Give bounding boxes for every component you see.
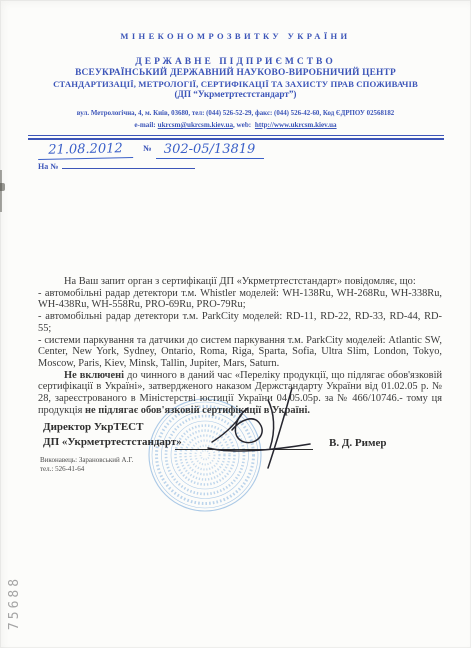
signer-name: В. Д. Ример	[329, 437, 386, 449]
scanned-letter-page: МІНЕКОНОМРОЗВИТКУ УКРАЇНИ ДЕРЖАВНЕ ПІДПР…	[0, 0, 471, 648]
ministry-name: МІНЕКОНОМРОЗВИТКУ УКРАЇНИ	[0, 31, 471, 41]
executor-phone: тел.: 526-41-64	[40, 465, 133, 474]
email-label: e-mail:	[134, 121, 155, 129]
email-address: ukrcsm@ukrcsm.kiev.ua	[158, 121, 233, 129]
reply-to-label: На №	[38, 162, 58, 171]
reply-to-blank-line	[62, 159, 195, 169]
body-item: - системи паркування та датчики до систе…	[38, 335, 442, 370]
org-short-name: (ДП “Укрметртестстандарт”)	[0, 89, 471, 100]
org-name-line1: ВСЕУКРАЇНСЬКИЙ ДЕРЖАВНИЙ НАУКОВО-ВИРОБНИ…	[0, 68, 471, 79]
reference-row: 21.08.2012№302-05/13819	[38, 140, 264, 159]
body-intro: На Ваш запит орган з сертифікації ДП «Ук…	[38, 276, 442, 288]
scan-edge-artifact	[0, 183, 5, 191]
enterprise-type: ДЕРЖАВНЕ ПІДПРИЄМСТВО	[0, 57, 471, 68]
web-address: http://www.ukrcsm.kiev.ua	[255, 121, 337, 129]
contacts-line: e-mail:ukrcsm@ukrcsm.kiev.ua, web: http:…	[0, 121, 471, 129]
signature-scribble	[204, 386, 316, 472]
address-line: вул. Метрологічна, 4, м. Київ, 03680, те…	[0, 110, 471, 117]
reply-to-row: На №	[38, 159, 195, 171]
organization-header: ДЕРЖАВНЕ ПІДПРИЄМСТВО ВСЕУКРАЇНСЬКИЙ ДЕР…	[0, 57, 471, 100]
conclusion-bold-lead: Не включені	[64, 370, 124, 381]
handwritten-date: 21.08.2012	[38, 141, 133, 160]
executor-note: Виконавець: Зарановський А.Г. тел.: 526-…	[40, 456, 133, 474]
executor-name: Виконавець: Зарановський А.Г.	[40, 456, 133, 465]
signer-position-line1: Директор УкрТЕСТ	[43, 421, 143, 433]
org-name-line2: СТАНДАРТИЗАЦІЇ, МЕТРОЛОГІЇ, СЕРТИФІКАЦІЇ…	[0, 79, 471, 90]
handwritten-outgoing-number: 302-05/13819	[156, 142, 264, 159]
vertical-registration-number: 75688	[7, 563, 23, 643]
web-label: , web:	[233, 121, 251, 129]
body-item: - автомобільні радар детектори т.м. Park…	[38, 311, 442, 334]
body-item: - автомобільні радар детектори т.м. Whis…	[38, 288, 442, 311]
scan-edge-artifact	[0, 170, 2, 212]
number-label: №	[143, 143, 152, 153]
